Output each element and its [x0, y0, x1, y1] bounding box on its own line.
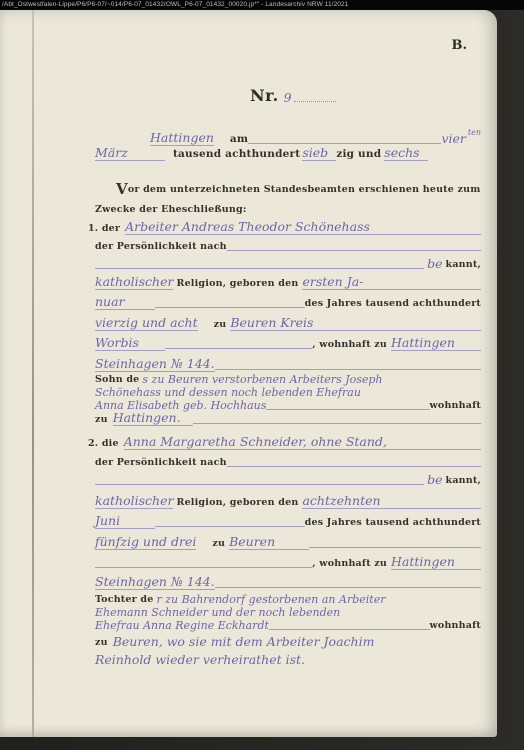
- bride-final-line: Reinhold wieder verheirathet ist.: [95, 653, 481, 667]
- groom-residence-handwritten: Hattingen: [391, 336, 481, 351]
- groom-birthday-handwritten: ersten Ja-: [302, 275, 481, 290]
- groom-residence2-handwritten: Hattingen.: [113, 411, 193, 426]
- item2-label: 2. die: [88, 437, 119, 450]
- groom-birthmonth-handwritten: nuar: [95, 295, 155, 310]
- bride-address-line: Steinhagen № 144.: [95, 575, 481, 590]
- groom-birthmonth-line: nuar des Jahres tausend achthundert: [95, 295, 481, 310]
- bride-parents-handwritten-2: Ehemann Schneider und der noch lebenden: [95, 606, 340, 619]
- day-handwritten: vier: [441, 132, 465, 146]
- bride-birthyear-line: fünfzig und drei zu Beuren: [95, 535, 481, 550]
- blank-line: [193, 422, 481, 424]
- kannt-label: kannt,: [446, 258, 481, 271]
- year-label-2: des Jahres tausend achthundert: [305, 516, 481, 529]
- blank-line: [155, 525, 305, 527]
- bride-residence-handwritten: Hattingen: [391, 555, 481, 570]
- identity-label: der Persönlichkeit nach: [95, 240, 227, 253]
- groom-birthyear-line: vierzig und acht zu Beuren Kreis: [95, 316, 481, 331]
- blank-line: [95, 483, 424, 485]
- bride-identity-line: der Persönlichkeit nach: [95, 456, 481, 469]
- decade-handwritten: sieb: [302, 146, 336, 161]
- corner-mark: B.: [451, 38, 467, 53]
- viewer-titlebar: /Abt_Ostwestfalen-Lippe/P6/P6-07/~014/P6…: [0, 0, 524, 10]
- wohnhaft2-label-2: wohnhaft: [430, 619, 481, 632]
- blank-line: [215, 586, 481, 588]
- file-path-text: /Abt_Ostwestfalen-Lippe/P6/P6-07/~014/P6…: [2, 1, 348, 8]
- date-line-1: Hattingen am vier ten: [150, 126, 481, 146]
- blank-line: [294, 101, 336, 102]
- bride-parents-line-3: Ehefrau Anna Regine Eckhardt wohnhaft: [95, 619, 481, 632]
- nr-label: Nr.: [250, 86, 279, 105]
- groom-birthplace2-line: Worbis , wohnhaft zu Hattingen: [95, 336, 481, 351]
- groom-name-handwritten: Arbeiter Andreas Theodor Schönehass: [125, 220, 481, 235]
- bride-name-line: 2. die Anna Margaretha Schneider, ohne S…: [88, 435, 481, 450]
- month-handwritten: März: [95, 146, 165, 161]
- blank-line: [248, 142, 441, 144]
- groom-residence2-line: zu Hattingen.: [95, 411, 481, 426]
- wohnhaft-label-2: , wohnhaft zu: [312, 557, 387, 570]
- religion-label-2: Religion, geboren den: [176, 496, 298, 509]
- bride-birthplace-handwritten: Beuren: [229, 535, 309, 550]
- record-number-line: Nr. 9: [250, 86, 336, 105]
- be-handwritten: be: [427, 257, 442, 271]
- be-handwritten-2: be: [427, 473, 442, 487]
- groom-address-handwritten: Steinhagen № 144.: [95, 357, 215, 372]
- bride-residence2-handwritten: Beuren, wo sie mit dem Arbeiter Joachim: [113, 635, 375, 649]
- bride-parents-line-1: Tochter de r zu Bahrendorf gestorbenen a…: [95, 593, 481, 606]
- zu-label-1: zu: [214, 318, 227, 331]
- sohn-label: Sohn de: [95, 373, 139, 386]
- groom-birthplace-handwritten: Beuren Kreis: [230, 316, 481, 331]
- blank-line: [266, 408, 429, 410]
- groom-birthplace2-handwritten: Worbis: [95, 336, 165, 351]
- zu-label-2: zu: [212, 537, 225, 550]
- item1-label: 1. der: [88, 222, 120, 235]
- bride-birthmonth-handwritten: Juni: [95, 514, 155, 529]
- blank-line: [269, 628, 430, 630]
- bride-residence2-line: zu Beuren, wo sie mit dem Arbeiter Joach…: [95, 635, 481, 649]
- nr-value-handwritten: 9: [284, 91, 292, 105]
- zu2-label-2: zu: [95, 636, 108, 649]
- day-suffix-handwritten: ten: [468, 126, 481, 140]
- bride-address-handwritten: Steinhagen № 144.: [95, 575, 215, 590]
- groom-name-line: 1. der Arbeiter Andreas Theodor Schöneha…: [88, 220, 481, 235]
- book-gutter-fold: [32, 10, 34, 737]
- am-label: am: [230, 133, 248, 146]
- bride-bekannt-line: be kannt,: [95, 473, 481, 487]
- bride-religion-handwritten: katholischer: [95, 494, 173, 509]
- groom-bekannt-line: be kannt,: [95, 257, 481, 271]
- groom-religion-line: katholischer Religion, geboren den erste…: [95, 275, 481, 290]
- identity-label-2: der Persönlichkeit nach: [95, 456, 227, 469]
- zig-label: zig und: [336, 148, 381, 161]
- groom-parents-handwritten-2: Schönehass und dessen noch lebenden Ehef…: [95, 386, 361, 399]
- blank-line: [227, 465, 481, 467]
- zu2-label-1: zu: [95, 413, 108, 426]
- groom-identity-line: der Persönlichkeit nach: [95, 240, 481, 253]
- bride-parents-line-2: Ehemann Schneider und der noch lebenden: [95, 606, 481, 619]
- blank-line: [155, 306, 305, 308]
- groom-religion-handwritten: katholischer: [95, 275, 173, 290]
- blank-line: [309, 546, 481, 548]
- register-page: B. Nr. 9 Hattingen am vier ten März taus…: [0, 10, 497, 737]
- groom-address-line: Steinhagen № 144.: [95, 357, 481, 372]
- intro-line-1: V or dem unterzeichneten Standesbeamten …: [116, 183, 481, 196]
- blank-line: [165, 347, 312, 349]
- bride-parents-block: Tochter de r zu Bahrendorf gestorbenen a…: [95, 593, 481, 632]
- kannt-label-2: kannt,: [446, 474, 481, 487]
- tochter-label: Tochter de: [95, 593, 153, 606]
- bride-name-handwritten: Anna Margaretha Schneider, ohne Stand,: [124, 435, 481, 450]
- bride-parents-handwritten-1: r zu Bahrendorf gestorbenen an Arbeiter: [156, 593, 385, 606]
- groom-parents-line-2: Schönehass und dessen noch lebenden Ehef…: [95, 386, 481, 399]
- intro-line-2: Zwecke der Eheschließung:: [95, 203, 481, 216]
- year-label-1: des Jahres tausend achthundert: [305, 297, 481, 310]
- groom-parents-line-1: Sohn de s zu Beuren verstorbenen Arbeite…: [95, 373, 481, 386]
- place-handwritten: Hattingen: [150, 131, 214, 146]
- year-printed-label: tausend achthundert: [173, 148, 300, 161]
- wohnhaft-label-1: , wohnhaft zu: [312, 338, 387, 351]
- intro-initial: V: [116, 183, 128, 196]
- bride-birthyear-handwritten: fünfzig und drei: [95, 535, 196, 550]
- intro-text-1: or dem unterzeichneten Standesbeamten er…: [128, 183, 481, 196]
- bride-birthmonth-line: Juni des Jahres tausend achthundert: [95, 514, 481, 529]
- blank-line: [95, 267, 424, 269]
- blank-line: [215, 368, 481, 370]
- intro-text-2: Zwecke der Eheschließung:: [95, 203, 247, 216]
- religion-label-1: Religion, geboren den: [176, 277, 298, 290]
- groom-parents-handwritten-1: s zu Beuren verstorbenen Arbeiters Josep…: [142, 373, 382, 386]
- groom-parents-block: Sohn de s zu Beuren verstorbenen Arbeite…: [95, 373, 481, 412]
- bride-wohnhaft-line: , wohnhaft zu Hattingen: [95, 555, 481, 570]
- bride-final-handwritten: Reinhold wieder verheirathet ist.: [95, 653, 305, 667]
- bride-religion-line: katholischer Religion, geboren den achtz…: [95, 494, 481, 509]
- blank-line: [95, 566, 312, 568]
- blank-line: [227, 249, 481, 251]
- bride-parents-handwritten-3: Ehefrau Anna Regine Eckhardt: [95, 619, 269, 632]
- year-unit-handwritten: sechs: [384, 146, 428, 161]
- date-line-2: März tausend achthundert sieb zig und se…: [95, 146, 481, 161]
- bride-birthday-handwritten: achtzehnten: [302, 494, 481, 509]
- groom-birthyear-handwritten: vierzig und acht: [95, 316, 198, 331]
